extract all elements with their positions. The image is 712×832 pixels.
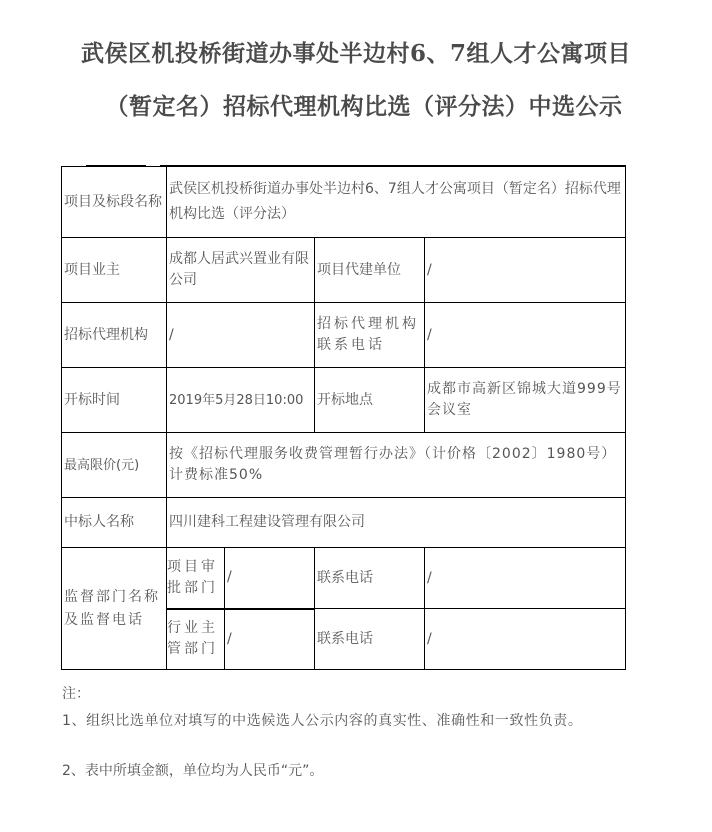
- agency-value: /: [167, 303, 315, 368]
- winner-label: 中标人名称: [62, 498, 167, 548]
- approval-phone-label: 联系电话: [315, 548, 425, 609]
- approval-phone-value: /: [425, 548, 626, 609]
- construction-unit-label: 项目代建单位: [315, 238, 425, 303]
- opening-location-label: 开标地点: [315, 368, 425, 433]
- table-row: 项目业主 成都人居武兴置业有限公司 项目代建单位 /: [62, 238, 626, 303]
- table-row: 项目及标段名称 武侯区机投桥街道办事处半边村6、7组人才公寓项目（暂定名）招标代…: [62, 167, 626, 238]
- announcement-table: 项目及标段名称 武侯区机投桥街道办事处半边村6、7组人才公寓项目（暂定名）招标代…: [61, 166, 626, 670]
- note-item-2: 2、表中所填金额，单位均为人民币“元”。: [62, 760, 323, 783]
- agency-phone-value: /: [425, 303, 626, 368]
- winner-value: 四川建科工程建设管理有限公司: [167, 498, 626, 548]
- approval-dept-value: /: [225, 548, 315, 609]
- note-item-1: 1、组织比选单位对填写的中选候选人公示内容的真实性、准确性和一致性负责。: [62, 710, 642, 733]
- industry-phone-label: 联系电话: [315, 609, 425, 670]
- max-price-label: 最高限价(元): [62, 433, 167, 498]
- owner-value: 成都人居武兴置业有限公司: [167, 238, 315, 303]
- project-name-value: 武侯区机投桥街道办事处半边村6、7组人才公寓项目（暂定名）招标代理机构比选（评分…: [167, 167, 626, 238]
- construction-unit-value: /: [425, 238, 626, 303]
- owner-label: 项目业主: [62, 238, 167, 303]
- industry-dept-label: 行业主管部门: [167, 609, 225, 670]
- opening-location-value: 成都市高新区锦城大道999号会议室: [425, 368, 626, 433]
- industry-phone-value: /: [425, 609, 626, 670]
- agency-phone-label: 招标代理机构联系电话: [315, 303, 425, 368]
- table-row: 最高限价(元) 按《招标代理服务收费管理暂行办法》（计价格〔2002〕1980号…: [62, 433, 626, 498]
- table-row: 招标代理机构 / 招标代理机构联系电话 /: [62, 303, 626, 368]
- table-row: 中标人名称 四川建科工程建设管理有限公司: [62, 498, 626, 548]
- agency-label: 招标代理机构: [62, 303, 167, 368]
- document-title-line-1: 武侯区机投桥街道办事处半边村6、7组人才公寓项目: [0, 35, 712, 68]
- table-row: 开标时间 2019年5月28日10:00 开标地点 成都市高新区锦城大道999号…: [62, 368, 626, 433]
- document-title-line-2: （暂定名）招标代理机构比选（评分法）中选公示: [8, 88, 712, 121]
- project-name-label: 项目及标段名称: [62, 167, 167, 238]
- table-row: 监督部门名称及监督电话 项目审批部门 / 联系电话 /: [62, 548, 626, 609]
- opening-time-label: 开标时间: [62, 368, 167, 433]
- notes-heading: 注：: [62, 683, 90, 706]
- max-price-value: 按《招标代理服务收费管理暂行办法》（计价格〔2002〕1980号）计费标准50%: [167, 433, 626, 498]
- approval-dept-label: 项目审批部门: [167, 548, 225, 609]
- supervision-label: 监督部门名称及监督电话: [62, 548, 167, 670]
- opening-time-value: 2019年5月28日10:00: [167, 368, 315, 433]
- industry-dept-value: /: [225, 609, 315, 670]
